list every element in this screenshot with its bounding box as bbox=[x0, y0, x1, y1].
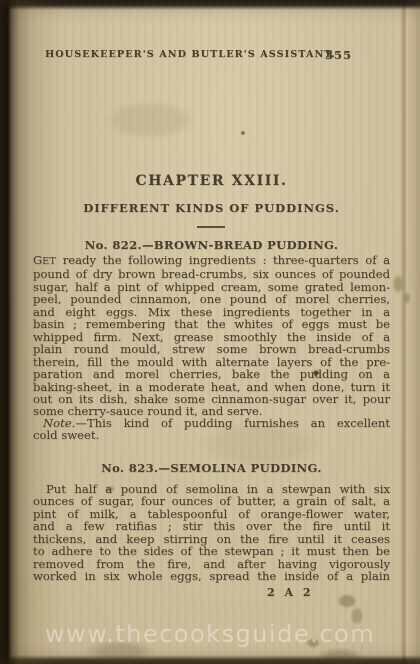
text-line: and a few ratifias ; stir this over the … bbox=[33, 520, 390, 532]
page-number: 355 bbox=[325, 48, 352, 62]
lead-small-caps: ET bbox=[42, 256, 56, 267]
recipe-823-paragraph: Put half a pound of semolina in a stewpa… bbox=[33, 483, 390, 583]
text-line: to adhere to the sides of the stewpan ; … bbox=[33, 545, 390, 557]
recipe-822-note: Note.—This kind of pudding furnishes an … bbox=[33, 417, 390, 442]
note-last-line: cold sweet. bbox=[33, 429, 390, 441]
text-line: plain round mould, strew some brown brea… bbox=[33, 343, 390, 355]
text-line: paration and morel cherries, bake the pu… bbox=[33, 368, 390, 380]
printers-signature: 2 A 2 bbox=[267, 586, 314, 599]
section-rule bbox=[197, 226, 225, 228]
running-header-title: HOUSEKEEPER'S AND BUTLER'S ASSISTANT. bbox=[33, 49, 348, 60]
chapter-title: CHAPTER XXIII. bbox=[33, 173, 390, 189]
text-line-opening: GET ready the following ingredients : th… bbox=[33, 254, 390, 268]
opening-line-text: ready the following ingredients : three-… bbox=[56, 253, 390, 267]
watermark: www.thecooksguide.com bbox=[0, 620, 420, 648]
recipe-823-heading: No. 823.—SEMOLINA PUDDING. bbox=[33, 461, 390, 475]
chapter-subtitle: DIFFERENT KINDS OF PUDDINGS. bbox=[33, 201, 390, 215]
book-page-scan: HOUSEKEEPER'S AND BUTLER'S ASSISTANT. 35… bbox=[0, 0, 420, 664]
recipe-823-body-lines: Put half a pound of semolina in a stewpa… bbox=[33, 483, 390, 583]
running-header: HOUSEKEEPER'S AND BUTLER'S ASSISTANT. 35… bbox=[33, 49, 390, 63]
lead-capital: G bbox=[33, 253, 42, 267]
recipe-822-body-lines: pound of dry brown bread-crumbs, six oun… bbox=[33, 268, 390, 417]
recipe-822-heading: No. 822.—BROWN-BREAD PUDDING. bbox=[33, 238, 390, 252]
text-line: worked in six whole eggs, spread the ins… bbox=[33, 570, 390, 582]
text-line: basin ; remembering that the whites of e… bbox=[33, 318, 390, 330]
recipe-822-paragraph: GET ready the following ingredients : th… bbox=[33, 254, 390, 418]
text-line: peel, pounded cinnamon, one pound of mor… bbox=[33, 293, 390, 305]
note-line-text: —This kind of pudding furnishes an excel… bbox=[75, 416, 390, 430]
